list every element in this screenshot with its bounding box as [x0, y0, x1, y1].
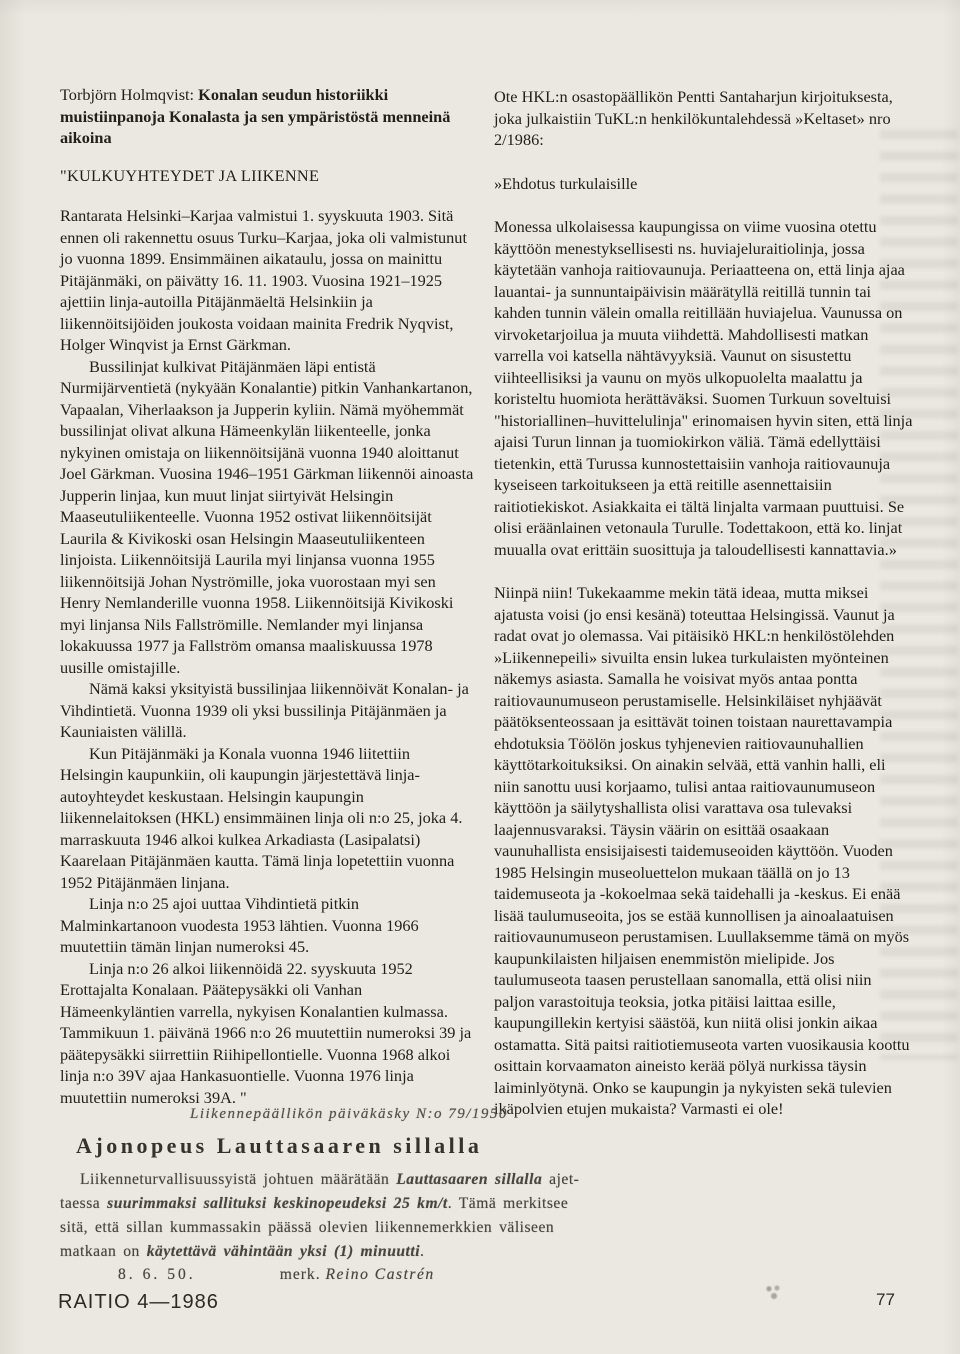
old-document-excerpt: Liikennepäällikön päiväkäsky N:o 79/1950…	[60, 1106, 600, 1300]
paragraph: Monessa ulkolaisessa kaupungissa on viim…	[494, 216, 914, 560]
left-column-body: Rantarata Helsinki–Karjaa valmistui 1. s…	[60, 205, 474, 1108]
article-byline: Torbjörn Holmqvist:	[60, 85, 198, 104]
paragraph: sitä, että sillan kummassakin päässä ole…	[60, 1216, 600, 1240]
signature-name: Reino Castrén	[326, 1266, 435, 1283]
section-heading: "KULKUYHTEYDET JA LIIKENNE	[60, 165, 474, 187]
paragraph: Bussilinjat kulkivat Pitäjänmäen läpi en…	[60, 356, 474, 679]
excerpt-heading: Ajonopeus Lauttasaaren sillalla	[76, 1133, 600, 1159]
signature-prefix: merk.	[280, 1266, 326, 1283]
excerpt-body: Liikenneturvallisuussyistä johtuen määrä…	[60, 1168, 600, 1264]
magazine-footer-title: RAITIO 4—1986	[58, 1291, 219, 1314]
excerpt-intro: Ote HKL:n osastopäällikön Pentti Santaha…	[494, 86, 914, 151]
article-title-block: Torbjörn Holmqvist: Konalan seudun histo…	[60, 84, 474, 149]
right-column-body: Monessa ulkolaisessa kaupungissa on viim…	[494, 216, 914, 1120]
page-number: 77	[876, 1290, 895, 1310]
paragraph: Linja n:o 26 alkoi liikennöidä 22. syysk…	[60, 958, 474, 1109]
paragraph: Liikenneturvallisuussyistä johtuen määrä…	[60, 1168, 600, 1192]
paragraph: Rantarata Helsinki–Karjaa valmistui 1. s…	[60, 205, 474, 356]
excerpt-signature-line: 8. 6. 50.merk. Reino Castrén	[60, 1266, 600, 1284]
ink-smudge-mark	[763, 1284, 783, 1300]
excerpt-signature: merk. Reino Castrén	[280, 1266, 435, 1283]
paragraph: Nämä kaksi yksityistä bussilinjaa liiken…	[60, 678, 474, 743]
paragraph: Niinpä niin! Tukekaamme mekin tätä ideaa…	[494, 582, 914, 1120]
paragraph: matkaan on käytettävä vähintään yksi (1)…	[60, 1240, 600, 1264]
excerpt-date: 8. 6. 50.	[118, 1266, 196, 1283]
paragraph: Linja n:o 25 ajoi uuttaa Vihdintietä pit…	[60, 893, 474, 958]
paragraph: Kun Pitäjänmäki ja Konala vuonna 1946 li…	[60, 743, 474, 894]
left-column: Torbjörn Holmqvist: Konalan seudun histo…	[60, 84, 474, 1108]
paragraph: taessa suurimmaksi sallituksi keskinopeu…	[60, 1192, 600, 1216]
quote-subheading: »Ehdotus turkulaisille	[494, 173, 914, 195]
excerpt-caption: Liikennepäällikön päiväkäsky N:o 79/1950	[190, 1106, 600, 1123]
magazine-page-scan: { "page": { "background_color": "#ebe8e1…	[0, 0, 960, 1354]
right-column: Ote HKL:n osastopäällikön Pentti Santaha…	[494, 86, 914, 1142]
